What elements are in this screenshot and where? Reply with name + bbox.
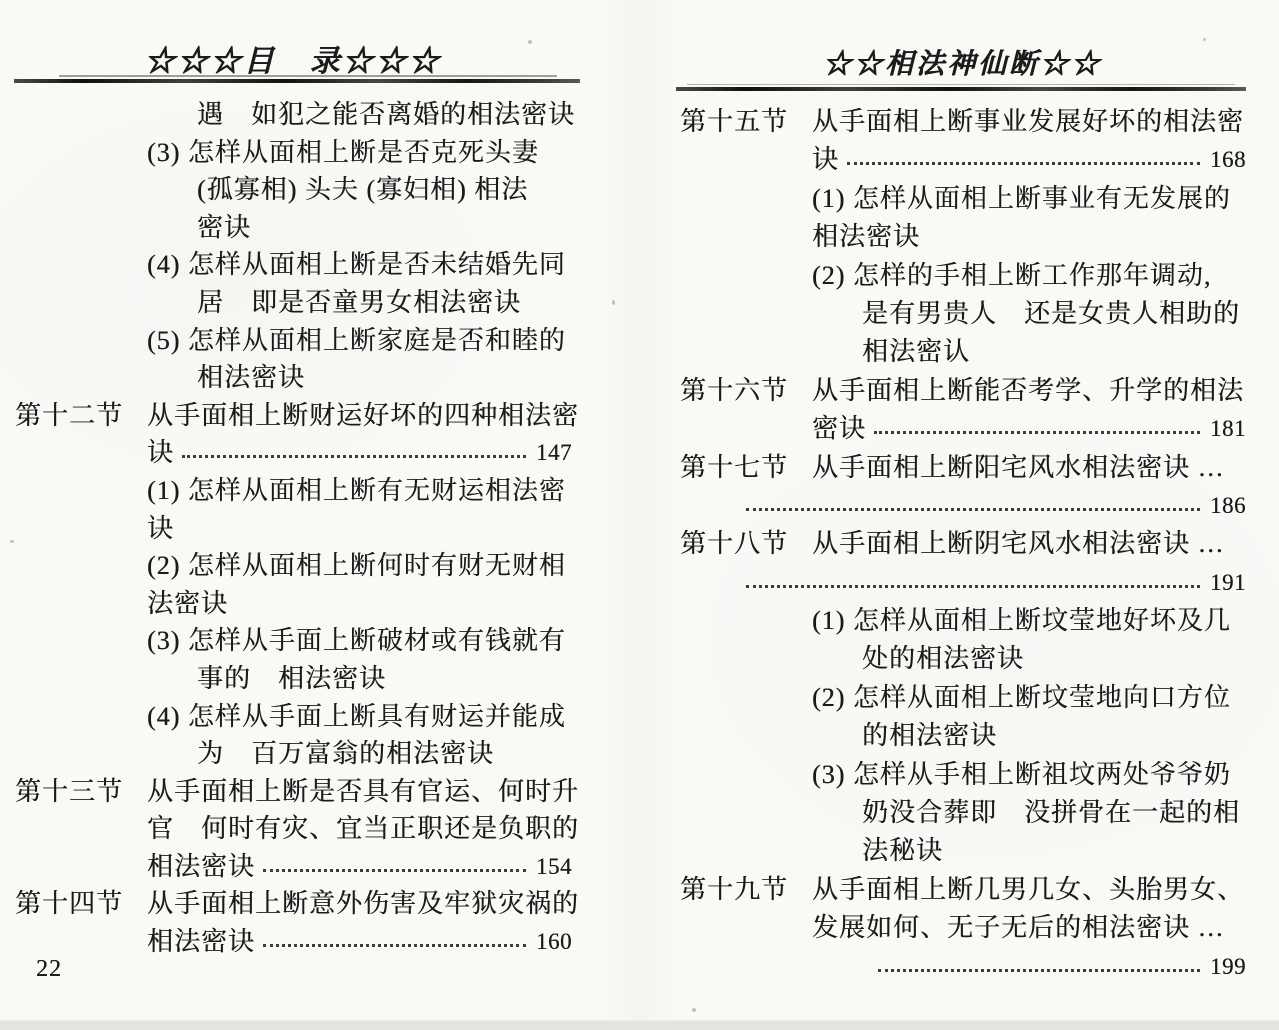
toc-line: 第十八节从手面相上断阴宅风水相法密诀 … <box>680 525 1246 563</box>
toc-line: (孤寡相) 头夫 (寡妇相) 相法 <box>15 171 572 209</box>
toc-entry-text: 从手面相上断阴宅风水相法密诀 … <box>812 525 1225 563</box>
dot-leader <box>263 923 526 961</box>
toc-line: 的相法密诀 <box>680 717 1246 755</box>
toc-entry-text: 相法密认 <box>862 333 970 371</box>
page-ref: 186 <box>1210 487 1246 525</box>
toc-line: (3) 怎样从手面上断破材或有钱就有 <box>15 622 572 660</box>
toc-line: 相法密认 <box>680 333 1246 371</box>
toc-entry-text: 为 百万富翁的相法密诀 <box>197 735 494 773</box>
toc-entry-text: 从手面相上断是否具有官运、何时升 <box>147 773 579 811</box>
toc-line: (2) 怎样从面相上断何时有财无财相 <box>15 547 572 585</box>
dot-leader <box>182 434 526 472</box>
toc-entry-text: 诀 <box>147 434 174 472</box>
toc-entry-text: 居 即是否童男女相法密诀 <box>197 284 521 322</box>
toc-entry-text: 官 何时有灾、宜当正职还是负职的 <box>147 810 579 848</box>
page-ref: 181 <box>1210 410 1246 448</box>
section-label: 第十七节 <box>680 449 812 487</box>
scan-speck <box>1203 38 1206 41</box>
dot-leader <box>874 410 1200 448</box>
toc-line: 191 <box>680 564 1246 602</box>
toc-entry-text: 发展如何、无子无后的相法密诀 … <box>812 909 1225 947</box>
toc-entry-text: 相法密诀 <box>812 218 920 256</box>
toc-entry-text: 相法密诀 <box>197 359 305 397</box>
toc-entry-text: (3) 怎样从面相上断是否克死头妻 <box>147 134 539 172</box>
toc-line: 相法密诀154 <box>15 848 572 886</box>
section-label: 第十二节 <box>15 397 147 435</box>
toc-line: 第十九节从手面相上断几男几女、头胎男女、 <box>680 871 1246 909</box>
toc-entry-text: (3) 怎样从手相上断祖坟两处爷爷奶 <box>812 756 1231 794</box>
toc-line: 第十二节从手面相上断财运好坏的四种相法密 <box>15 397 572 435</box>
toc-line: 法密诀 <box>15 585 572 623</box>
toc-entry-text: 诀 <box>812 141 839 179</box>
toc-entry-text: 从手面相上断财运好坏的四种相法密 <box>147 397 579 435</box>
toc-entry-text: 相法密诀 <box>147 848 255 886</box>
section-label: 第十六节 <box>680 372 812 410</box>
toc-line: (1) 怎样从面相上断事业有无发展的 <box>680 180 1246 218</box>
toc-entry-text: (孤寡相) 头夫 (寡妇相) 相法 <box>197 171 528 209</box>
toc-line: 199 <box>680 948 1246 986</box>
toc-right-column: 第十五节从手面相上断事业发展好坏的相法密诀168(1) 怎样从面相上断事业有无发… <box>680 103 1246 986</box>
toc-line: 第十六节从手面相上断能否考学、升学的相法 <box>680 372 1246 410</box>
toc-line: 遇 如犯之能否离婚的相法密诀 <box>15 96 572 134</box>
toc-entry-text: (4) 怎样从手面上断具有财运并能成 <box>147 698 566 736</box>
toc-line: 相法密诀160 <box>15 923 572 961</box>
dot-leader <box>878 948 1200 986</box>
right-header-rule <box>676 87 1246 91</box>
toc-entry-text: 从手面相上断能否考学、升学的相法 <box>812 372 1244 410</box>
toc-line: 密诀181 <box>680 410 1246 448</box>
section-label: 第十五节 <box>680 103 812 141</box>
toc-entry-text: 法秘诀 <box>862 832 943 870</box>
toc-line: 法秘诀 <box>680 832 1246 870</box>
scan-speck <box>692 1008 696 1012</box>
toc-line: 诀168 <box>680 141 1246 179</box>
toc-entry-text: 事的 相法密诀 <box>197 660 386 698</box>
toc-entry-text: (2) 怎样从面相上断坟莹地向口方位 <box>812 679 1231 717</box>
page-ref: 160 <box>536 923 572 961</box>
toc-entry-text: 从手面相上断事业发展好坏的相法密 <box>812 103 1244 141</box>
toc-line: 相法密诀 <box>15 359 572 397</box>
toc-line: (5) 怎样从面相上断家庭是否和睦的 <box>15 322 572 360</box>
scan-speck <box>612 300 615 305</box>
right-page-header: ☆☆相法神仙断☆☆ <box>680 42 1245 82</box>
page-ref: 168 <box>1210 141 1246 179</box>
scan-edge-strip <box>0 1020 1279 1030</box>
toc-entry-text: (1) 怎样从面相上断事业有无发展的 <box>812 180 1231 218</box>
toc-line: 奶没合葬即 没拼骨在一起的相 <box>680 794 1246 832</box>
toc-line: 事的 相法密诀 <box>15 660 572 698</box>
dot-leader <box>263 848 526 886</box>
toc-entry-text: (2) 怎样的手相上断工作那年调动, <box>812 257 1211 295</box>
toc-entry-text: (5) 怎样从面相上断家庭是否和睦的 <box>147 322 566 360</box>
section-label: 第十三节 <box>15 773 147 811</box>
dot-leader <box>746 487 1200 525</box>
section-label: 第十九节 <box>680 871 812 909</box>
dot-leader <box>746 564 1200 602</box>
toc-entry-text: 诀 <box>147 510 174 548</box>
toc-line: (2) 怎样的手相上断工作那年调动, <box>680 257 1246 295</box>
toc-line: (1) 怎样从面相上断有无财运相法密 <box>15 472 572 510</box>
toc-line: (1) 怎样从面相上断坟莹地好坏及几 <box>680 602 1246 640</box>
toc-line: 官 何时有灾、宜当正职还是负职的 <box>15 810 572 848</box>
toc-line: 诀147 <box>15 434 572 472</box>
toc-entry-text: (1) 怎样从面相上断坟莹地好坏及几 <box>812 602 1231 640</box>
toc-line: (4) 怎样从手面上断具有财运并能成 <box>15 698 572 736</box>
toc-entry-text: 法密诀 <box>147 585 228 623</box>
page-ref: 191 <box>1210 564 1246 602</box>
folio-page-number: 22 <box>36 956 62 983</box>
toc-line: 第十三节从手面相上断是否具有官运、何时升 <box>15 773 572 811</box>
toc-entry-text: 密诀 <box>812 410 866 448</box>
toc-line: 为 百万富翁的相法密诀 <box>15 735 572 773</box>
page-ref: 154 <box>536 848 572 886</box>
toc-line: (3) 怎样从手相上断祖坟两处爷爷奶 <box>680 756 1246 794</box>
toc-line: 第十五节从手面相上断事业发展好坏的相法密 <box>680 103 1246 141</box>
dot-leader <box>847 141 1200 179</box>
section-label: 第十八节 <box>680 525 812 563</box>
toc-entry-text: 相法密诀 <box>147 923 255 961</box>
page-ref: 147 <box>536 434 572 472</box>
scan-speck <box>528 40 532 44</box>
toc-line: 发展如何、无子无后的相法密诀 … <box>680 909 1246 947</box>
toc-entry-text: 从手面相上断几男几女、头胎男女、 <box>812 871 1244 909</box>
toc-line: 处的相法密诀 <box>680 640 1246 678</box>
scan-speck <box>10 540 14 543</box>
toc-line: 第十七节从手面相上断阳宅风水相法密诀 … <box>680 449 1246 487</box>
toc-left-column: 遇 如犯之能否离婚的相法密诀(3) 怎样从面相上断是否克死头妻(孤寡相) 头夫 … <box>15 96 572 961</box>
toc-entry-text: 处的相法密诀 <box>862 640 1024 678</box>
toc-entry-text: 遇 如犯之能否离婚的相法密诀 <box>197 96 575 134</box>
toc-line: (4) 怎样从面相上断是否未结婚先同 <box>15 246 572 284</box>
toc-entry-text: (1) 怎样从面相上断有无财运相法密 <box>147 472 566 510</box>
scanned-toc-page: ☆☆☆目 录☆☆☆ ☆☆相法神仙断☆☆ 遇 如犯之能否离婚的相法密诀(3) 怎样… <box>0 0 1279 1030</box>
toc-line: 密诀 <box>15 209 572 247</box>
toc-entry-text: (2) 怎样从面相上断何时有财无财相 <box>147 547 566 585</box>
page-ref: 199 <box>1210 948 1246 986</box>
toc-entry-text: 是有男贵人 还是女贵人相助的 <box>862 295 1240 333</box>
left-header-rule <box>14 79 580 83</box>
toc-entry-text: 密诀 <box>197 209 251 247</box>
toc-line: 第十四节从手面相上断意外伤害及牢狱灾祸的 <box>15 885 572 923</box>
toc-entry-text: 的相法密诀 <box>862 717 997 755</box>
scan-speck <box>1160 300 1163 303</box>
toc-entry-text: 从手面相上断意外伤害及牢狱灾祸的 <box>147 885 579 923</box>
section-label: 第十四节 <box>15 885 147 923</box>
toc-entry-text: (3) 怎样从手面上断破材或有钱就有 <box>147 622 566 660</box>
toc-line: 186 <box>680 487 1246 525</box>
toc-entry-text: 奶没合葬即 没拼骨在一起的相 <box>862 794 1240 832</box>
toc-entry-text: (4) 怎样从面相上断是否未结婚先同 <box>147 246 566 284</box>
toc-line: 诀 <box>15 510 572 548</box>
toc-line: 居 即是否童男女相法密诀 <box>15 284 572 322</box>
toc-line: (3) 怎样从面相上断是否克死头妻 <box>15 134 572 172</box>
toc-line: 相法密诀 <box>680 218 1246 256</box>
toc-entry-text: 从手面相上断阳宅风水相法密诀 … <box>812 449 1225 487</box>
left-page-header: ☆☆☆目 录☆☆☆ <box>15 36 571 80</box>
toc-line: (2) 怎样从面相上断坟莹地向口方位 <box>680 679 1246 717</box>
